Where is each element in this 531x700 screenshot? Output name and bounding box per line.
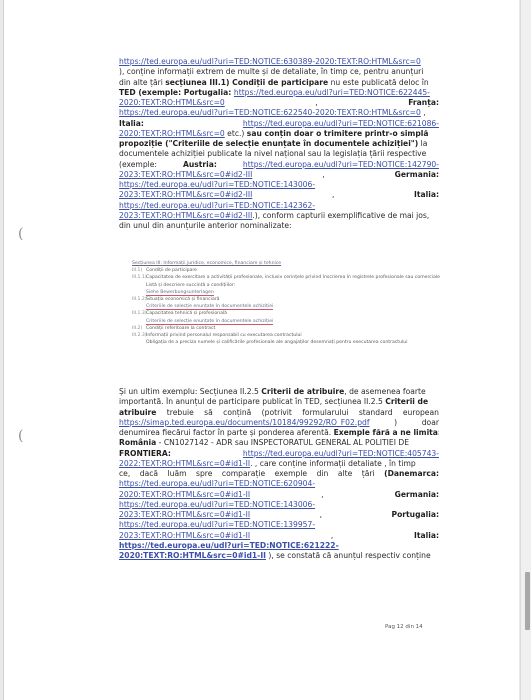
text-line: propoziție ("Criteriile de selecție enun… [119, 139, 439, 149]
text-line: 2023:TEXT:RO:HTML&src=0#id2-III,Italia: [119, 190, 439, 200]
word: formularului [302, 408, 348, 418]
text-line: 2020:TEXT:RO:HTML&src=0 etc.) sau conțin… [119, 129, 439, 139]
text-line: 2022:TEXT:RO:HTML&src=0#id1-II. , care c… [119, 459, 439, 469]
text-line: 2023:TEXT:RO:HTML&src=0#id2-III.), confo… [119, 211, 439, 221]
word: alte [338, 469, 352, 479]
figure-row: III.1)Condiții de participare [132, 267, 472, 274]
figure-row: III.1.1)Capacitatea de exercitare a acti… [132, 274, 472, 281]
figure-row-detail: Obligația de a preciza numele și calific… [132, 339, 472, 346]
text-line: importantă. În anunțul de participare pu… [119, 397, 439, 407]
ted-notice-link[interactable]: https://ted.europa.eu/udl?uri=TED:NOTICE… [119, 479, 315, 488]
figure-row-detail: Listă și descriere succintă a condițiilo… [132, 282, 472, 289]
figure-row-label: Capacitatea tehnică și profesională [146, 311, 227, 316]
ted-notice-link[interactable]: 2023:TEXT:RO:HTML&src=0#id2-III [119, 170, 252, 180]
word: din [317, 469, 329, 479]
text-line: 2023:TEXT:RO:HTML&src=0#id2-III,Germania… [119, 170, 439, 180]
word: spre [196, 469, 212, 479]
figure-row-label: Condiții de participare [146, 268, 197, 273]
text-line: 2023:TEXT:RO:HTML&src=0#id1-II,Portugali… [119, 510, 439, 520]
figure-row-number: III.1.1) [132, 274, 146, 281]
figure-row-label: Condiții referitoare la contract [146, 326, 215, 331]
figure-row-label: Informații privind personalul responsabi… [146, 333, 302, 338]
figure-row-label: Capacitatea de exercitare a activității … [146, 275, 440, 280]
text-line: atribuiretrebuiesăconțină(potrivitformul… [119, 408, 439, 418]
word: conțină [223, 408, 251, 418]
vertical-scrollbar[interactable] [520, 0, 531, 700]
text-line: ), conține informații extrem de multe și… [119, 67, 439, 77]
text-line: Și un ultim exemplu: Secțiunea II.2.5 Cr… [119, 387, 439, 397]
ted-notice-link[interactable]: 2020:TEXT:RO:HTML&src=0 [119, 98, 225, 108]
ted-notice-link[interactable]: https://ted.europa.eu/udl?uri=TED:NOTICE… [243, 119, 439, 129]
text-line: documentele achiziției publicate la nive… [119, 149, 439, 159]
word: dacă [140, 469, 158, 479]
figure-row-detail: Criteriile de selecție enunțate în docum… [132, 303, 472, 310]
word: comparație [222, 469, 265, 479]
text-line: https://simap.ted.europa.eu/documents/10… [119, 418, 439, 428]
embedded-screenshot-figure: Secțiunea III: Informații juridice, econ… [132, 260, 472, 346]
word: ce, [119, 469, 130, 479]
text-line: (exemple:Austria:https://ted.europa.eu/u… [119, 160, 439, 170]
ted-notice-link[interactable]: 2023:TEXT:RO:HTML&src=0#id2-III [119, 190, 252, 200]
word: țări [362, 469, 375, 479]
page-number: Pag 12 din 14 [385, 624, 423, 630]
ted-notice-link[interactable]: https://ted.europa.eu/udl?uri=TED:NOTICE… [119, 500, 315, 509]
text-line: FRONTIERA:https://ted.europa.eu/udl?uri=… [119, 449, 439, 459]
word: luăm [168, 469, 187, 479]
text-line: ce,dacăluămsprecomparațieexempledinalteț… [119, 469, 439, 479]
ted-notice-link[interactable]: https://ted.europa.eu/udl?uri=TED:NOTICE… [119, 108, 421, 117]
margin-bracket-mark: ( [18, 428, 23, 444]
text-line: din alte țări secțiunea III.1) Condiții … [119, 78, 439, 88]
word: standard [359, 408, 393, 418]
figure-row-number: III.1.2) [132, 296, 146, 303]
text-line: 2023:TEXT:RO:HTML&src=0#id1-II,Italia: [119, 531, 439, 541]
paragraph-award-criteria: Și un ultim exemplu: Secțiunea II.2.5 Cr… [119, 387, 439, 561]
ted-notice-link[interactable]: https://ted.europa.eu/udl?uri=TED:NOTICE… [119, 520, 315, 529]
ted-notice-link[interactable]: 2020:TEXT:RO:HTML&src=0#id1-II [119, 551, 266, 560]
word: (potrivit [262, 408, 292, 418]
figure-row-number: III.2) [132, 325, 146, 332]
word: european [403, 408, 439, 418]
figure-row-detail: Siehe Bewerbungsunterlagen [132, 289, 472, 296]
ted-notice-link[interactable]: https://ted.europa.eu/udl?uri=TED:NOTICE… [119, 201, 315, 210]
ted-notice-link[interactable]: https://ted.europa.eu/udl?uri=TED:NOTICE… [119, 57, 421, 66]
ted-notice-link[interactable]: 2020:TEXT:RO:HTML&src=0#id1-II [119, 490, 250, 500]
figure-row-number: III.1.3) [132, 310, 146, 317]
figure-row: III.2.3)Informații privind personalul re… [132, 332, 472, 339]
ted-notice-link[interactable]: https://ted.europa.eu/udl?uri=TED:NOTICE… [243, 160, 439, 170]
margin-bracket-mark: ( [18, 226, 23, 242]
figure-row: III.1.3)Capacitatea tehnică și profesion… [132, 310, 472, 317]
scrollbar-thumb[interactable] [525, 572, 530, 630]
text-line: https://ted.europa.eu/udl?uri=TED:NOTICE… [119, 108, 439, 118]
simap-form-link[interactable]: https://simap.ted.europa.eu/documents/10… [119, 418, 370, 428]
ted-notice-link[interactable]: 2020:TEXT:RO:HTML&src=0 [119, 129, 225, 138]
figure-row-number: III.1) [132, 267, 146, 274]
figure-row-number: III.2.3) [132, 332, 146, 339]
ted-notice-link[interactable]: https://ted.europa.eu/udl?uri=TED:NOTICE… [119, 180, 315, 189]
ted-notice-link[interactable]: https://ted.europa.eu/udl?uri=TED:NOTICE… [234, 88, 430, 97]
word: să [204, 408, 213, 418]
ted-notice-link[interactable]: 2023:TEXT:RO:HTML&src=0#id1-II [119, 531, 250, 541]
ted-notice-link[interactable]: 2022:TEXT:RO:HTML&src=0#id1-II [119, 459, 250, 468]
text-line: denumirea fiecărui factor în parte și po… [119, 428, 439, 438]
ted-notice-link[interactable]: 2023:TEXT:RO:HTML&src=0#id2-III [119, 211, 252, 220]
figure-row-detail: Criteriile de selecție enunțate în docum… [132, 318, 472, 325]
ted-notice-link[interactable]: 2023:TEXT:RO:HTML&src=0#id1-II [119, 510, 250, 520]
word: exemple [275, 469, 307, 479]
country-label: (Danemarca: [384, 469, 439, 479]
figure-rows: III.1)Condiții de participareIII.1.1)Cap… [132, 267, 472, 346]
paragraph-ted-participation-conditions: https://ted.europa.eu/udl?uri=TED:NOTICE… [119, 57, 439, 231]
text-line: Italia:https://ted.europa.eu/udl?uri=TED… [119, 119, 439, 129]
ted-notice-link[interactable]: https://ted.europa.eu/udl?uri=TED:NOTICE… [119, 541, 339, 550]
figure-row-label: Situația economică și financiară [146, 297, 220, 302]
text-line: TED (exemple: Portugalia: https://ted.eu… [119, 88, 439, 98]
ted-notice-link[interactable]: https://ted.europa.eu/udl?uri=TED:NOTICE… [243, 449, 439, 459]
figure-title: Secțiunea III: Informații juridice, econ… [132, 260, 472, 267]
figure-row: III.2)Condiții referitoare la contract [132, 325, 472, 332]
text-line: 2020:TEXT:RO:HTML&src=0,Franța: [119, 98, 439, 108]
text-line: România - CN1027142 - ADR sau INSPECTORA… [119, 438, 439, 448]
text-line: 2020:TEXT:RO:HTML&src=0#id1-II,Germania: [119, 490, 439, 500]
word: trebuie [167, 408, 194, 418]
text-line: din unul din anunțurile anterior nominal… [119, 221, 439, 231]
figure-row: III.1.2)Situația economică și financiară [132, 296, 472, 303]
text-line: 2020:TEXT:RO:HTML&src=0#id1-II ), se con… [119, 551, 439, 561]
